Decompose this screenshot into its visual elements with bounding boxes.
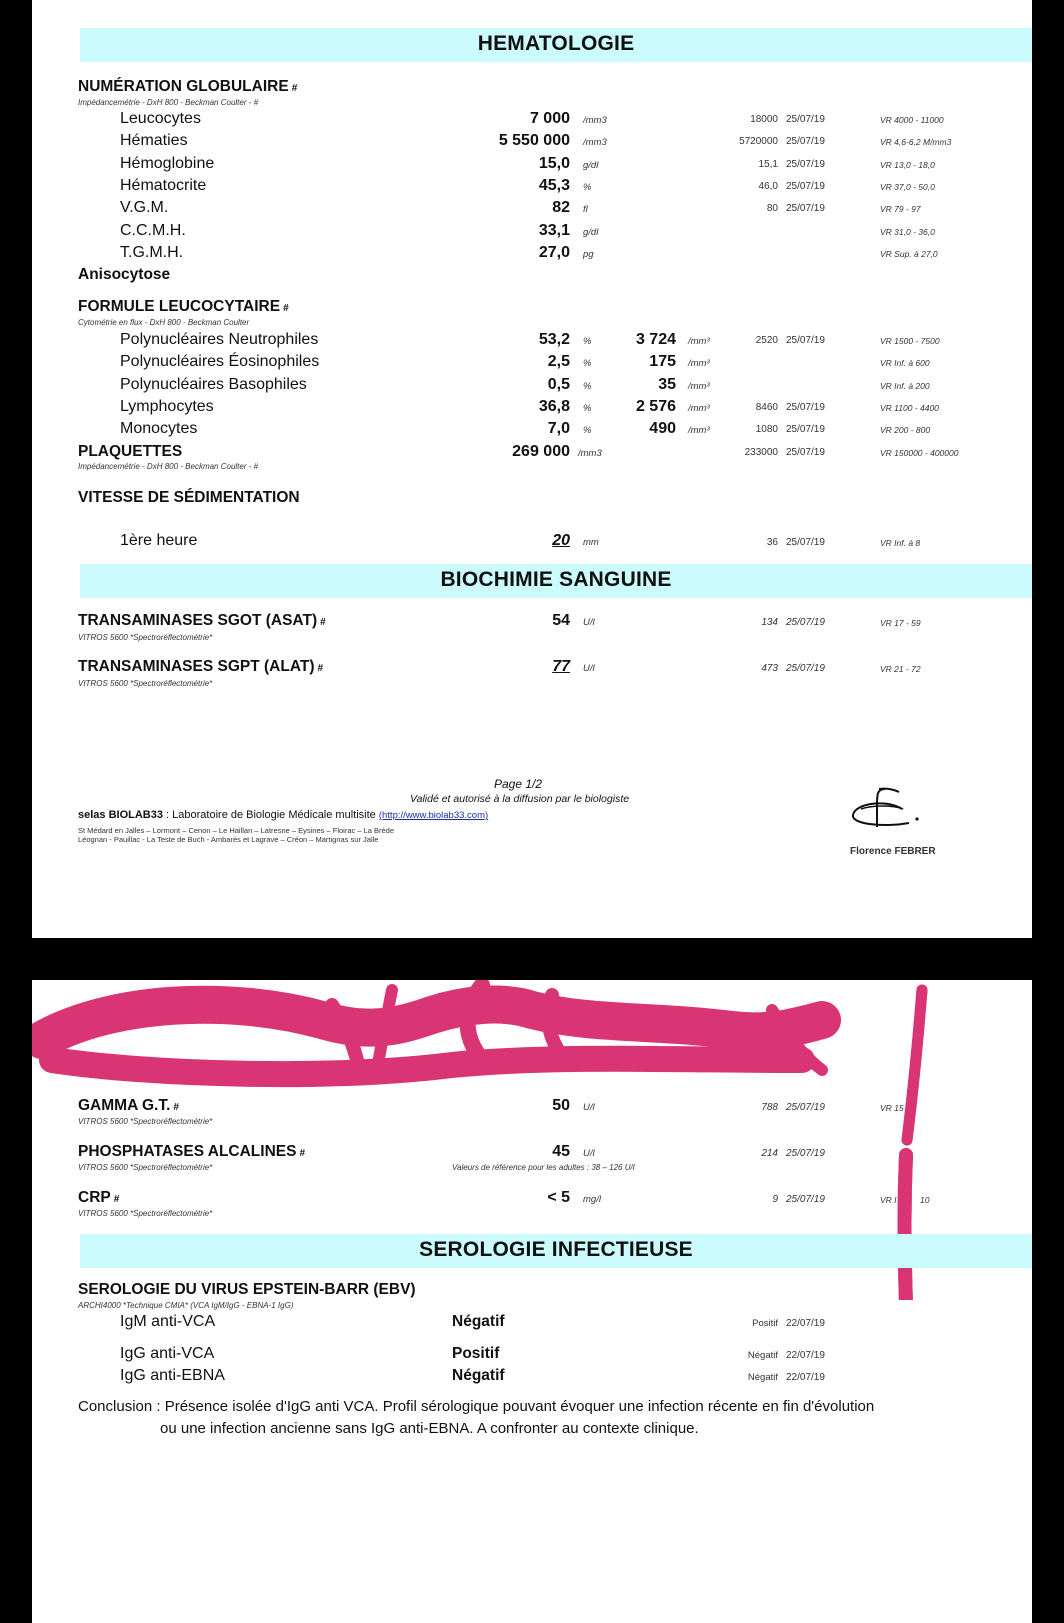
signature-icon: [847, 785, 947, 845]
asat-ref: VR 17 - 59: [880, 618, 921, 628]
row-result: Négatif: [452, 1367, 505, 1385]
row-previous-value: 18000: [672, 114, 778, 125]
conclusion-line-1: Conclusion : Présence isolée d'IgG anti …: [78, 1398, 874, 1415]
anisocytose-label: Anisocytose: [78, 266, 170, 284]
row-value: 5 550 000: [412, 132, 570, 150]
row-percent: 7,0: [472, 420, 570, 438]
row-label: C.C.M.H.: [120, 222, 186, 240]
row-percent: 36,8: [472, 398, 570, 416]
row-absolute-unit: /mm³: [688, 403, 710, 414]
plaquettes-unit: /mm3: [578, 448, 602, 459]
row-reference: VR 31,0 - 36,0: [880, 227, 935, 237]
row-previous-date: 25/07/19: [786, 424, 825, 435]
alat-title: TRANSAMINASES SGPT (ALAT)#: [78, 658, 323, 676]
row-value: 15,0: [412, 155, 570, 173]
alat-ref: VR 21 - 72: [880, 664, 921, 674]
row-reference: VR 37,0 - 50,0: [880, 182, 935, 192]
alat-date: 25/07/19: [786, 663, 825, 674]
row-absolute: 175: [572, 353, 676, 371]
alat-prev: 473: [672, 663, 778, 674]
row-label: Monocytes: [120, 420, 197, 438]
row-percent: 2,5: [472, 353, 570, 371]
report-page-2: GAMMA G.T.# VITROS 5600 *Spectroréflecto…: [32, 980, 1032, 1623]
asat-value: 54: [472, 612, 570, 630]
row-label: Leucocytes: [120, 110, 201, 128]
row-absolute-unit: /mm³: [688, 336, 710, 347]
row-absolute: 35: [572, 376, 676, 394]
vs-prev: 36: [672, 537, 778, 548]
row-label: T.G.M.H.: [120, 244, 183, 262]
row-absolute-unit: /mm³: [688, 425, 710, 436]
row-reference: VR 1100 - 4400: [880, 403, 939, 413]
section-title: BIOCHIMIE SANGUINE: [80, 568, 1032, 592]
row-unit: %: [583, 182, 591, 193]
row-percent: 0,5: [472, 376, 570, 394]
conclusion-line-2: ou une infection ancienne sans IgG anti-…: [160, 1420, 699, 1437]
row-absolute: 490: [572, 420, 676, 438]
vs-date: 25/07/19: [786, 537, 825, 548]
row-absolute: 2 576: [572, 398, 676, 416]
row-absolute-unit: /mm³: [688, 358, 710, 369]
plaquettes-value: 269 000: [412, 443, 570, 461]
asat-prev: 134: [672, 617, 778, 628]
row-previous-date: 25/07/19: [786, 181, 825, 192]
row-label: Hémoglobine: [120, 155, 214, 173]
row-unit: g/dl: [583, 227, 598, 238]
report-page-1: HEMATOLOGIE NUMÉRATION GLOBULAIRE# Impéd…: [32, 0, 1032, 938]
page-number: Page 1/2: [494, 777, 542, 791]
row-previous-value: 5720000: [672, 136, 778, 147]
section-title: SEROLOGIE INFECTIEUSE: [80, 1238, 1032, 1262]
row-label: IgG anti-VCA: [120, 1345, 214, 1363]
formule-title: FORMULE LEUCOCYTAIRE#: [78, 298, 289, 316]
row-previous-value: 15,1: [672, 159, 778, 170]
numeration-method: Impédancemétrie - DxH 800 - Beckman Coul…: [78, 98, 258, 107]
plaquettes-method: Impédancemétrie - DxH 800 - Beckman Coul…: [78, 462, 258, 471]
lab-line: selas BIOLAB33 : Laboratoire de Biologie…: [78, 809, 488, 821]
asat-date: 25/07/19: [786, 617, 825, 628]
row-reference: VR 4000 - 11000: [880, 115, 944, 125]
row-value: 45,3: [412, 177, 570, 195]
row-previous-date: 25/07/19: [786, 335, 825, 346]
formule-method: Cytométrie en flux - DxH 800 - Beckman C…: [78, 318, 249, 327]
row-previous-date: 25/07/19: [786, 136, 825, 147]
row-label: IgM anti-VCA: [120, 1313, 215, 1331]
row-previous-date: 22/07/19: [786, 1372, 825, 1383]
row-value: 7 000: [412, 110, 570, 128]
vs-label: 1ère heure: [120, 532, 197, 550]
row-previous-value: 80: [672, 203, 778, 214]
alat-method: VITROS 5600 *Spectroréflectométrie*: [78, 679, 212, 688]
lab-sites-line-1: St Médard en Jalles – Lormont – Cenon – …: [78, 826, 394, 835]
row-reference: VR 79 - 97: [880, 204, 921, 214]
row-result: Négatif: [452, 1313, 505, 1331]
row-unit: /mm3: [583, 115, 607, 126]
vs-ref: VR Inf. à 8: [880, 538, 920, 548]
vs-title: VITESSE DE SÉDIMENTATION: [78, 489, 300, 507]
signatory-name: Florence FEBRER: [850, 846, 936, 857]
row-previous-value: Négatif: [672, 1372, 778, 1383]
asat-unit: U/l: [583, 617, 595, 628]
validation-note: Validé et autorisé à la diffusion par le…: [410, 793, 629, 805]
row-previous-value: 46,0: [672, 181, 778, 192]
row-label: V.G.M.: [120, 199, 168, 217]
section-band-biochimie: BIOCHIMIE SANGUINE: [80, 564, 1032, 598]
row-previous-date: 25/07/19: [786, 114, 825, 125]
row-reference: VR 4,6-6,2 M/mm3: [880, 137, 951, 147]
lab-website-link[interactable]: (http://www.biolab33.com): [379, 810, 488, 821]
row-previous-date: 22/07/19: [786, 1318, 825, 1329]
row-label: Polynucléaires Basophiles: [120, 376, 307, 394]
row-value: 27,0: [412, 244, 570, 262]
row-previous-date: 25/07/19: [786, 203, 825, 214]
row-previous-value: Positif: [672, 1318, 778, 1329]
numeration-title: NUMÉRATION GLOBULAIRE#: [78, 78, 297, 96]
vs-value: 20: [452, 532, 570, 550]
row-value: 33,1: [412, 222, 570, 240]
row-previous-value: 2520: [712, 335, 778, 346]
row-previous-date: 22/07/19: [786, 1350, 825, 1361]
lab-sites-line-2: Léognan - Pauillac - La Teste de Buch - …: [78, 835, 378, 844]
row-label: Lymphocytes: [120, 398, 214, 416]
row-previous-value: 8460: [712, 402, 778, 413]
row-absolute: 3 724: [572, 331, 676, 349]
row-previous-value: 1080: [712, 424, 778, 435]
row-label: Polynucléaires Éosinophiles: [120, 353, 319, 371]
row-previous-value: Négatif: [672, 1350, 778, 1361]
plaquettes-title: PLAQUETTES: [78, 443, 182, 461]
row-label: Hématies: [120, 132, 188, 150]
row-label: Hématocrite: [120, 177, 206, 195]
section-band-hematologie: HEMATOLOGIE: [80, 28, 1032, 62]
row-unit: fl: [583, 204, 588, 215]
row-reference: VR 13,0 - 18,0: [880, 160, 935, 170]
row-result: Positif: [452, 1345, 499, 1363]
row-absolute-unit: /mm³: [688, 381, 710, 392]
plaquettes-date: 25/07/19: [786, 447, 825, 458]
alat-value: 77: [472, 658, 570, 676]
row-label: Polynucléaires Neutrophiles: [120, 331, 318, 349]
row-previous-date: 25/07/19: [786, 159, 825, 170]
section-title: HEMATOLOGIE: [80, 32, 1032, 56]
row-unit: g/dl: [583, 160, 598, 171]
row-reference: VR Sup. à 27,0: [880, 249, 938, 259]
vs-unit: mm: [583, 537, 599, 548]
row-label: IgG anti-EBNA: [120, 1367, 225, 1385]
row-value: 82: [412, 199, 570, 217]
ebv-title: SEROLOGIE DU VIRUS EPSTEIN-BARR (EBV): [78, 1281, 416, 1299]
row-previous-date: 25/07/19: [786, 402, 825, 413]
asat-method: VITROS 5600 *Spectroréflectométrie*: [78, 633, 212, 642]
row-reference: VR Inf. à 600: [880, 358, 930, 368]
asat-title: TRANSAMINASES SGOT (ASAT)#: [78, 612, 326, 630]
row-percent: 53,2: [472, 331, 570, 349]
plaquettes-ref: VR 150000 - 400000: [880, 448, 958, 458]
row-reference: VR Inf. à 200: [880, 381, 930, 391]
row-unit: pg: [583, 249, 594, 260]
section-band-serologie: SEROLOGIE INFECTIEUSE: [80, 1234, 1032, 1268]
row-reference: VR 1500 - 7500: [880, 336, 940, 346]
ebv-method: ARCHI4000 *Technique CMIA* (VCA IgM/IgG …: [78, 1301, 294, 1310]
plaquettes-prev: 233000: [672, 447, 778, 458]
alat-unit: U/l: [583, 663, 595, 674]
row-reference: VR 200 - 800: [880, 425, 930, 435]
row-unit: /mm3: [583, 137, 607, 148]
